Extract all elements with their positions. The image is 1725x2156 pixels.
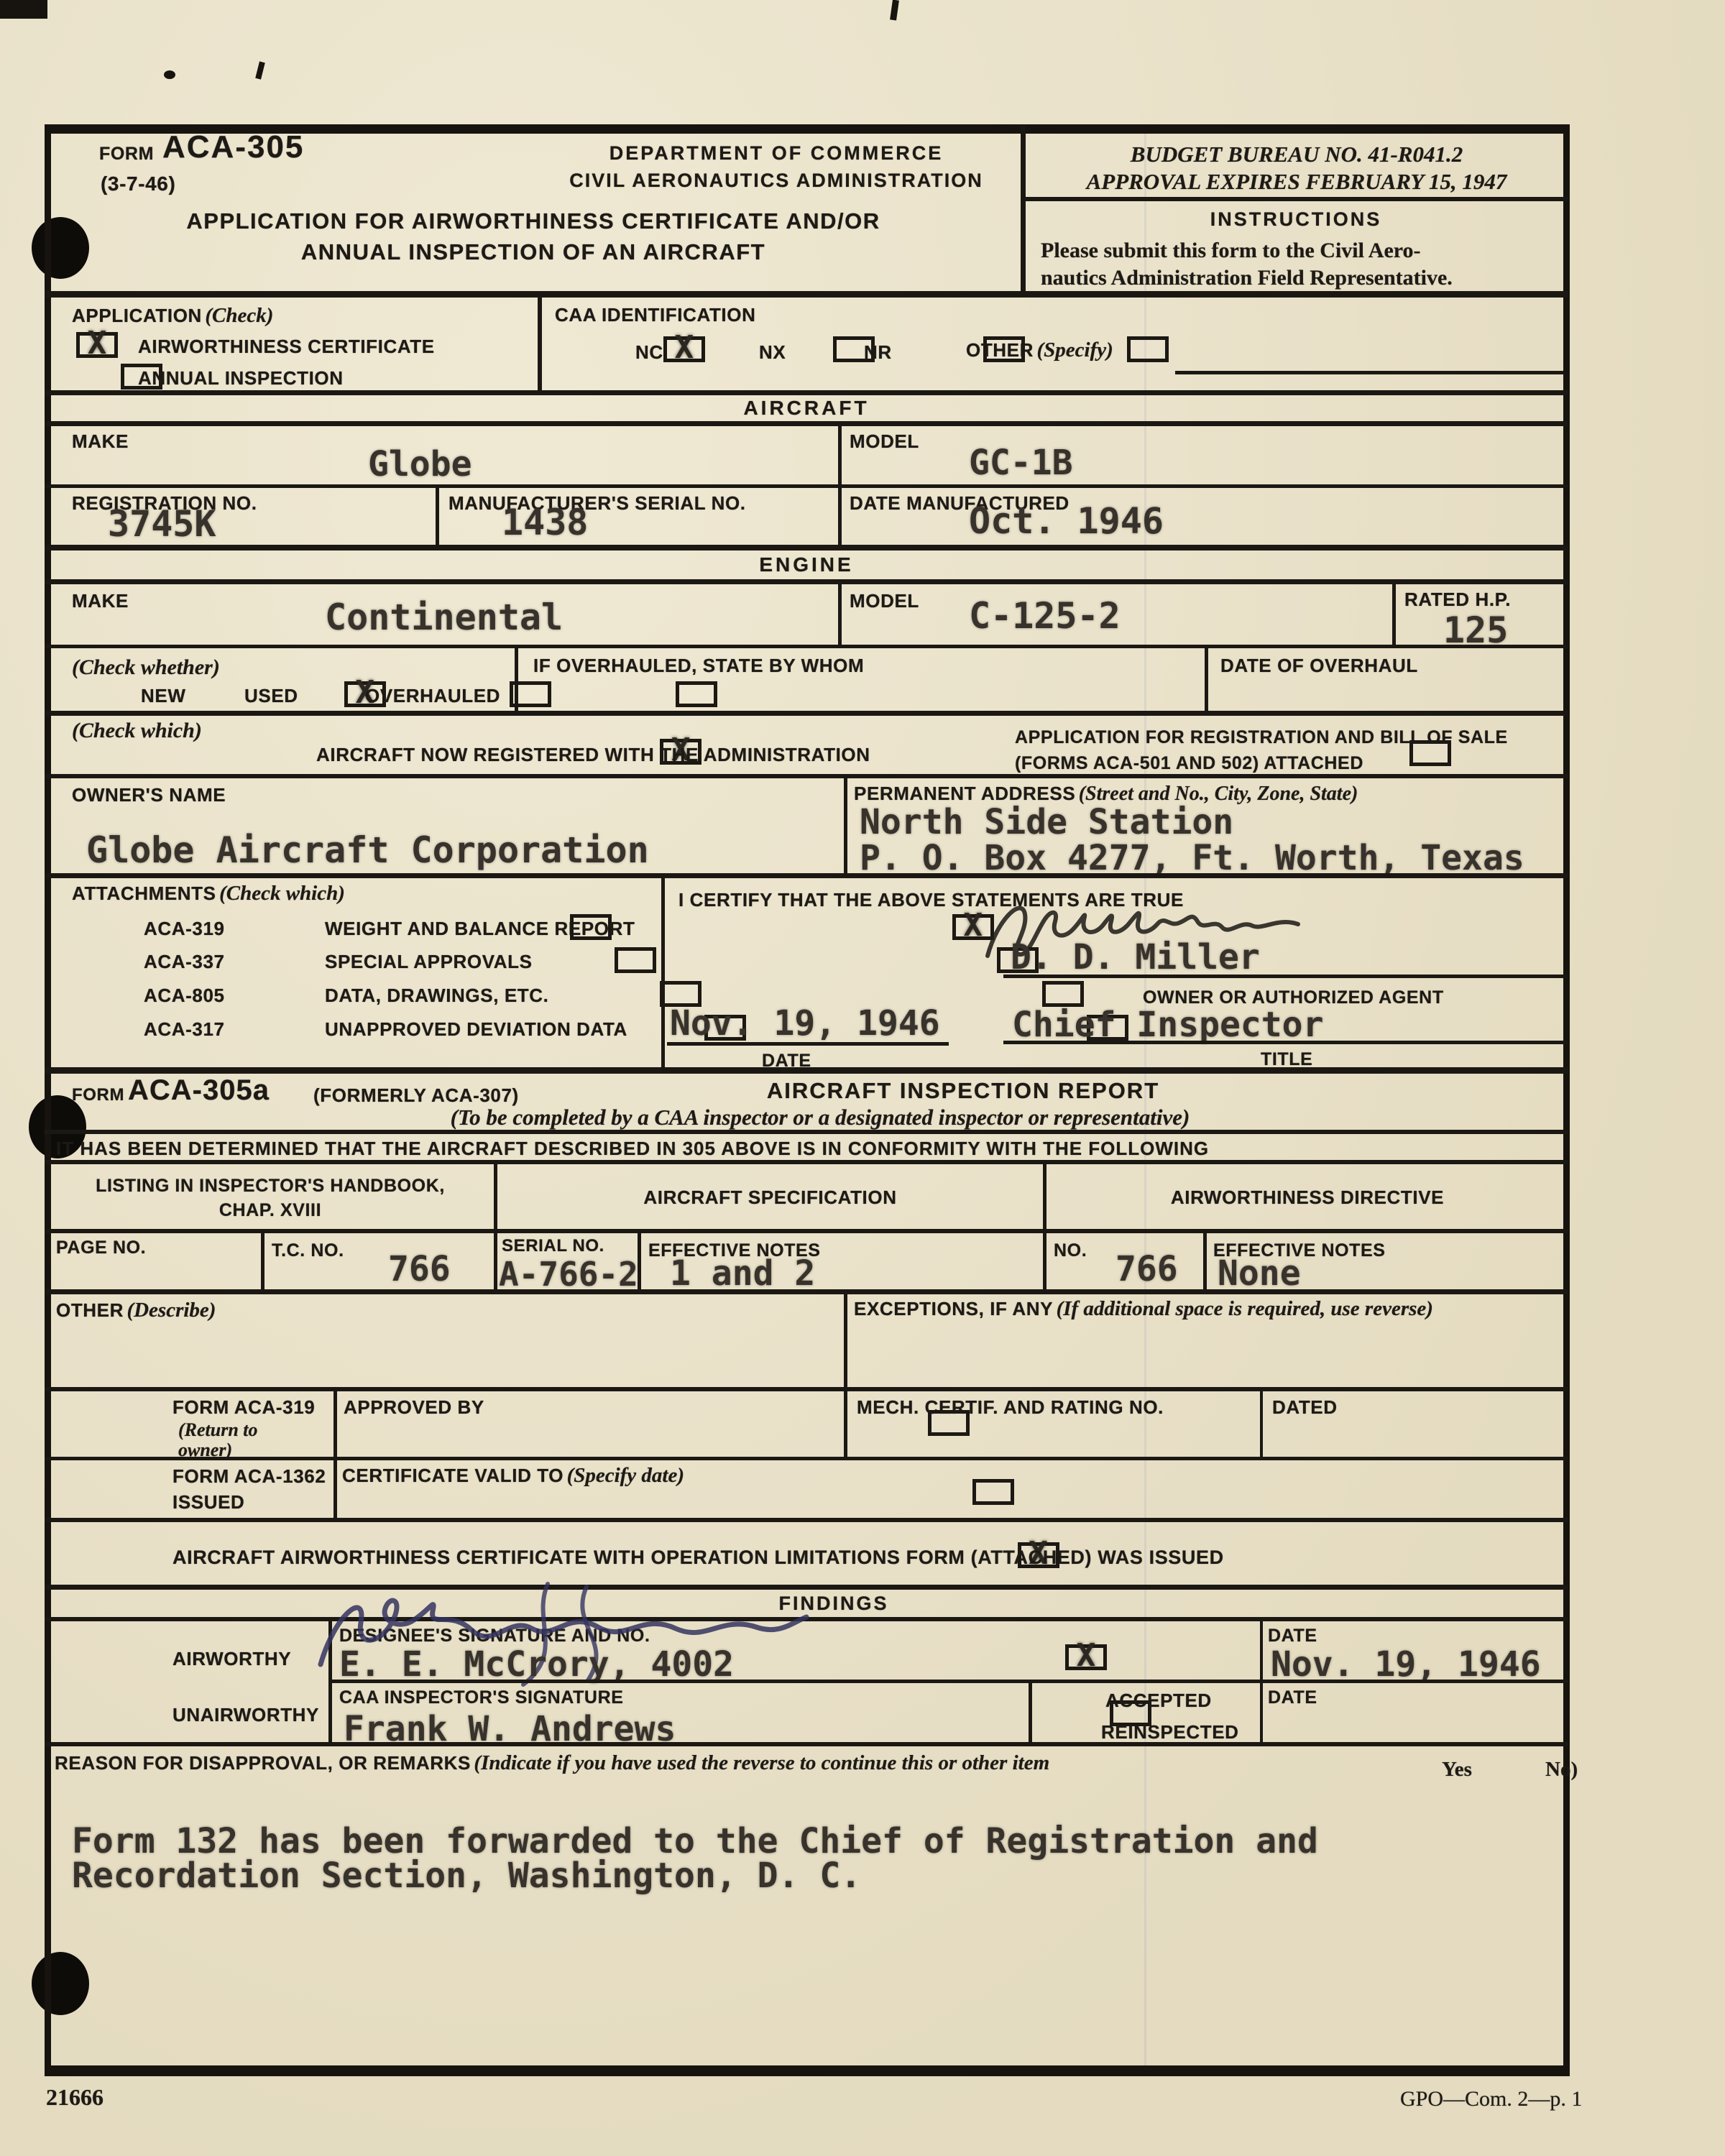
overhaul-by-label: IF OVERHAULED, STATE BY WHOM: [533, 655, 864, 677]
divider: [45, 1229, 1568, 1233]
attachments-label: ATTACHMENTS (Check which): [72, 883, 345, 906]
serial-no-label: MANUFACTURER'S SERIAL NO.: [448, 493, 746, 515]
data-drawings-label: DATA, DRAWINGS, ETC.: [325, 985, 548, 1007]
department-line1: DEPARTMENT OF COMMERCE: [503, 142, 1049, 165]
findings-title: FINDINGS: [72, 1593, 1596, 1615]
date-manufactured-value: Oct. 1946: [969, 503, 1164, 539]
aca-319-label: ACA-319: [144, 918, 225, 940]
divider: [45, 1742, 1568, 1746]
used-label: USED: [244, 686, 298, 707]
attachments-label-note: (Check which): [219, 882, 345, 905]
mech-certif-label: MECH. CERTIF. AND RATING NO.: [857, 1397, 1164, 1419]
remarks-no-label: No): [1545, 1756, 1578, 1782]
page-no-label: PAGE NO.: [56, 1238, 146, 1258]
aircraft-section-title: AIRCRAFT: [45, 397, 1568, 420]
spec-serial-value: A-766-2: [499, 1258, 638, 1291]
divider: [45, 579, 1568, 584]
aircraft-model-value: GC-1B: [969, 446, 1073, 480]
other-label-text: OTHER: [966, 339, 1034, 361]
aircraft-make-label: MAKE: [72, 431, 129, 453]
divider: [1023, 197, 1568, 201]
directive-no-label: NO.: [1054, 1240, 1087, 1261]
divider: [45, 1160, 1568, 1164]
other-describe-text: OTHER: [56, 1299, 124, 1321]
attachments-label-text: ATTACHMENTS: [72, 883, 216, 904]
remarks-yes-label: Yes: [1442, 1756, 1472, 1782]
remarks-label-text: REASON FOR DISAPPROVAL, OR REMARKS: [55, 1752, 471, 1774]
permanent-address-label-text: PERMANENT ADDRESS: [854, 783, 1075, 804]
divider: [45, 1067, 1568, 1074]
tc-no-label: T.C. NO.: [272, 1240, 344, 1261]
aca-337-checkbox[interactable]: [615, 947, 656, 973]
report-title: AIRCRAFT INSPECTION REPORT: [604, 1078, 1322, 1104]
engine-make-label: MAKE: [72, 591, 129, 612]
check-which-label: (Check which): [72, 719, 202, 742]
exceptions-label: EXCEPTIONS, IF ANY (If additional space …: [854, 1298, 1555, 1321]
other-label: OTHER (Specify): [966, 339, 1113, 362]
findings-date-value: Nov. 19, 1946: [1271, 1647, 1541, 1682]
budget-bureau-line2: APPROVAL EXPIRES FEBRUARY 15, 1947: [1028, 170, 1565, 194]
engine-section-title: ENGINE: [45, 553, 1568, 576]
other-describe-note: (Describe): [126, 1299, 216, 1322]
scan-tick-mark: [890, 0, 899, 20]
rated-hp-value: 125: [1443, 612, 1508, 648]
aca-317-label: ACA-317: [144, 1019, 225, 1041]
divider: [436, 488, 439, 546]
department-line2: CIVIL AERONAUTICS ADMINISTRATION: [503, 170, 1049, 192]
caa-inspector-signature-typed: Frank W. Andrews: [344, 1712, 676, 1746]
overhauled-checkbox[interactable]: [676, 681, 717, 707]
certificate-valid-text: CERTIFICATE VALID TO: [342, 1465, 563, 1486]
divider: [638, 1232, 641, 1292]
airworthiness-certificate-checkbox[interactable]: [76, 332, 118, 358]
form-aca-319-note1: (Return to: [178, 1420, 258, 1441]
reinspected-label: REINSPECTED: [1101, 1722, 1239, 1743]
engine-make-value: Continental: [325, 599, 563, 635]
budget-bureau-line1: BUDGET BUREAU NO. 41-R041.2: [1028, 142, 1565, 167]
scan-edge-mark: [0, 0, 47, 19]
form-revision: (3-7-46): [101, 172, 175, 195]
report-form-word: FORM: [72, 1085, 124, 1105]
findings-date-label: DATE: [1268, 1626, 1317, 1646]
divider: [515, 646, 518, 713]
divider: [45, 421, 1568, 426]
findings-date2-label: DATE: [1268, 1687, 1317, 1708]
data-drawings-checkbox[interactable]: [1042, 981, 1084, 1007]
nr-label: NR: [864, 342, 892, 364]
divider: [45, 645, 1568, 648]
owner-name-value: Globe Aircraft Corporation: [86, 832, 649, 868]
rated-hp-label: RATED H.P.: [1404, 589, 1511, 611]
directive-notes-value: None: [1218, 1256, 1301, 1291]
engine-condition-label: (Check whether): [72, 655, 220, 679]
accepted-label: ACCEPTED: [1105, 1690, 1212, 1712]
divider: [45, 484, 1568, 488]
aca-805-label: ACA-805: [144, 985, 225, 1007]
divider: [1203, 1232, 1207, 1292]
new-label: NEW: [141, 686, 185, 707]
divider: [838, 584, 842, 647]
form-aca-319-label: FORM ACA-319: [172, 1397, 315, 1419]
divider: [333, 1389, 337, 1460]
spec-serial-label: SERIAL NO.: [502, 1236, 604, 1256]
exceptions-label-text: EXCEPTIONS, IF ANY: [854, 1298, 1053, 1319]
remarks-typed-line2: Recordation Section, Washington, D. C.: [72, 1858, 861, 1893]
serial-no-value: 1438: [502, 505, 588, 540]
directive-no-value: 766: [1115, 1252, 1178, 1286]
instructions-title: INSTRUCTIONS: [1023, 208, 1568, 231]
conformity-statement: IT HAS BEEN DETERMINED THAT THE AIRCRAFT…: [56, 1138, 1209, 1160]
divider: [45, 1457, 1568, 1460]
form-aca-1362-label: FORM ACA-1362: [172, 1466, 326, 1488]
divider: [45, 1387, 1568, 1391]
engine-model-value: C-125-2: [969, 598, 1121, 634]
divider: [45, 873, 1568, 878]
other-checkbox[interactable]: [1127, 336, 1169, 362]
divider: [45, 1289, 1568, 1294]
footer-gpo: GPO—Com. 2—p. 1: [1400, 2086, 1582, 2113]
unapproved-deviation-label: UNAPPROVED DEVIATION DATA: [325, 1019, 627, 1041]
divider: [45, 390, 1568, 395]
divider: [45, 291, 1568, 298]
annual-inspection-label: ANNUAL INSPECTION: [138, 368, 344, 390]
divider: [1260, 1389, 1263, 1460]
stray-mark: [164, 70, 175, 79]
engine-model-label: MODEL: [850, 591, 919, 612]
application-label-text: APPLICATION: [72, 305, 202, 326]
listing-header-line1: LISTING IN INSPECTOR'S HANDBOOK,: [50, 1176, 490, 1197]
footer-print-code: 21666: [46, 2083, 103, 2111]
divider: [45, 1130, 1568, 1134]
divider: [494, 1232, 497, 1292]
divider: [661, 877, 665, 1072]
report-form-number: ACA-305a: [128, 1074, 270, 1107]
nc-checkbox[interactable]: [663, 336, 705, 362]
registered-label: AIRCRAFT NOW REGISTERED WITH THE ADMINIS…: [316, 745, 870, 766]
certification-title-value: Chief Inspector: [1012, 1008, 1323, 1042]
other-describe-label: OTHER (Describe): [56, 1299, 216, 1322]
divider: [844, 1291, 847, 1389]
divider: [1029, 1682, 1032, 1744]
bill-of-sale-line2: (FORMS ACA-501 AND 502) ATTACHED: [1015, 753, 1363, 774]
owner-name-label: OWNER'S NAME: [72, 785, 226, 806]
caa-identification-label: CAA IDENTIFICATION: [555, 305, 755, 326]
divider: [261, 1232, 264, 1292]
certificate-valid-note: (Specify date): [567, 1464, 684, 1487]
aircraft-specification-header: AIRCRAFT SPECIFICATION: [497, 1187, 1043, 1209]
report-formerly: (FORMERLY ACA-307): [313, 1085, 519, 1107]
divider: [538, 298, 542, 392]
airworthy-checkbox[interactable]: [1065, 1644, 1107, 1670]
form-aca-1362-checkbox[interactable]: [972, 1479, 1014, 1505]
stray-mark: [255, 61, 265, 79]
certificate-issued-label: AIRCRAFT AIRWORTHINESS CERTIFICATE WITH …: [172, 1547, 1224, 1569]
caa-inspector-signature-label: CAA INSPECTOR'S SIGNATURE: [339, 1687, 624, 1708]
aircraft-model-label: MODEL: [850, 431, 919, 453]
report-subtitle: (To be completed by a CAA inspector or a…: [72, 1105, 1568, 1130]
dated-label: DATED: [1272, 1397, 1338, 1419]
unairworthy-label: UNAIRWORTHY: [172, 1705, 319, 1726]
scanned-form-page: FORM ACA-305 (3-7-46) DEPARTMENT OF COMM…: [0, 0, 1725, 2156]
divider: [331, 1680, 1568, 1683]
form-title-line1: APPLICATION FOR AIRWORTHINESS CERTIFICAT…: [45, 208, 1022, 234]
remarks-label-note: (Indicate if you have used the reverse t…: [474, 1751, 1049, 1774]
certification-date-value: Nov. 19, 1946: [670, 1006, 940, 1041]
application-label-note: (Check): [205, 304, 273, 327]
nx-label: NX: [759, 342, 786, 364]
listing-header-line2: CHAP. XVIII: [50, 1200, 490, 1221]
form-word: FORM: [99, 144, 154, 165]
application-label: APPLICATION (Check): [72, 305, 273, 328]
airworthiness-certificate-label: AIRWORTHINESS CERTIFICATE: [138, 336, 435, 358]
airworthiness-directive-header: AIRWORTHINESS DIRECTIVE: [1046, 1187, 1568, 1209]
other-specify-line[interactable]: [1175, 371, 1563, 374]
instructions-line2: nautics Administration Field Representat…: [1041, 264, 1453, 292]
overhaul-date-label: DATE OF OVERHAUL: [1220, 655, 1418, 677]
form-title-line2: ANNUAL INSPECTION OF AN AIRCRAFT: [45, 239, 1022, 265]
nc-label: NC: [635, 342, 663, 364]
divider: [1043, 1232, 1046, 1292]
divider: [838, 424, 842, 487]
certificate-valid-label: CERTIFICATE VALID TO (Specify date): [342, 1465, 684, 1488]
weight-balance-label: WEIGHT AND BALANCE REPORT: [325, 918, 635, 940]
bill-of-sale-line1: APPLICATION FOR REGISTRATION AND BILL OF…: [1015, 727, 1508, 748]
owner-address-line1: North Side Station: [860, 805, 1233, 839]
certification-date-line[interactable]: [667, 1042, 949, 1046]
registration-no-value: 3745K: [108, 506, 216, 542]
designee-signature-typed: E. E. McCrory, 4002: [339, 1647, 734, 1682]
aircraft-make-value: Globe: [368, 447, 472, 482]
divider: [45, 1518, 1568, 1522]
divider: [45, 545, 1568, 550]
form-aca-1362-issued-label: ISSUED: [172, 1492, 244, 1514]
certification-title-line[interactable]: [1003, 1041, 1568, 1044]
divider: [1392, 584, 1396, 647]
divider: [45, 774, 1568, 778]
remarks-label: REASON FOR DISAPPROVAL, OR REMARKS (Indi…: [55, 1752, 1049, 1775]
overhauled-label: OVERHAULED: [365, 686, 500, 707]
remarks-typed-line1: Form 132 has been forwarded to the Chief…: [72, 1824, 1318, 1858]
divider: [838, 488, 842, 546]
divider: [1205, 646, 1208, 713]
spec-notes-value: 1 and 2: [670, 1256, 815, 1291]
approved-by-label: APPROVED BY: [344, 1397, 484, 1419]
tc-no-value: 766: [388, 1252, 451, 1286]
owner-address-line2: P. O. Box 4277, Ft. Worth, Texas: [860, 841, 1524, 875]
owner-signature-line[interactable]: [1003, 975, 1568, 978]
form-number: ACA-305: [162, 129, 304, 166]
divider: [45, 711, 1568, 716]
divider: [844, 778, 847, 875]
divider: [333, 1459, 337, 1519]
special-approvals-label: SPECIAL APPROVALS: [325, 952, 533, 973]
exceptions-label-note: (If additional space is required, use re…: [1057, 1297, 1433, 1320]
instructions-line1: Please submit this form to the Civil Aer…: [1041, 237, 1421, 264]
owner-signature-typed: D. D. Miller: [1011, 940, 1260, 975]
airworthy-label: AIRWORTHY: [172, 1649, 291, 1670]
aca-337-label: ACA-337: [144, 952, 225, 973]
other-label-note: (Specify): [1036, 338, 1113, 361]
divider: [844, 1389, 847, 1460]
